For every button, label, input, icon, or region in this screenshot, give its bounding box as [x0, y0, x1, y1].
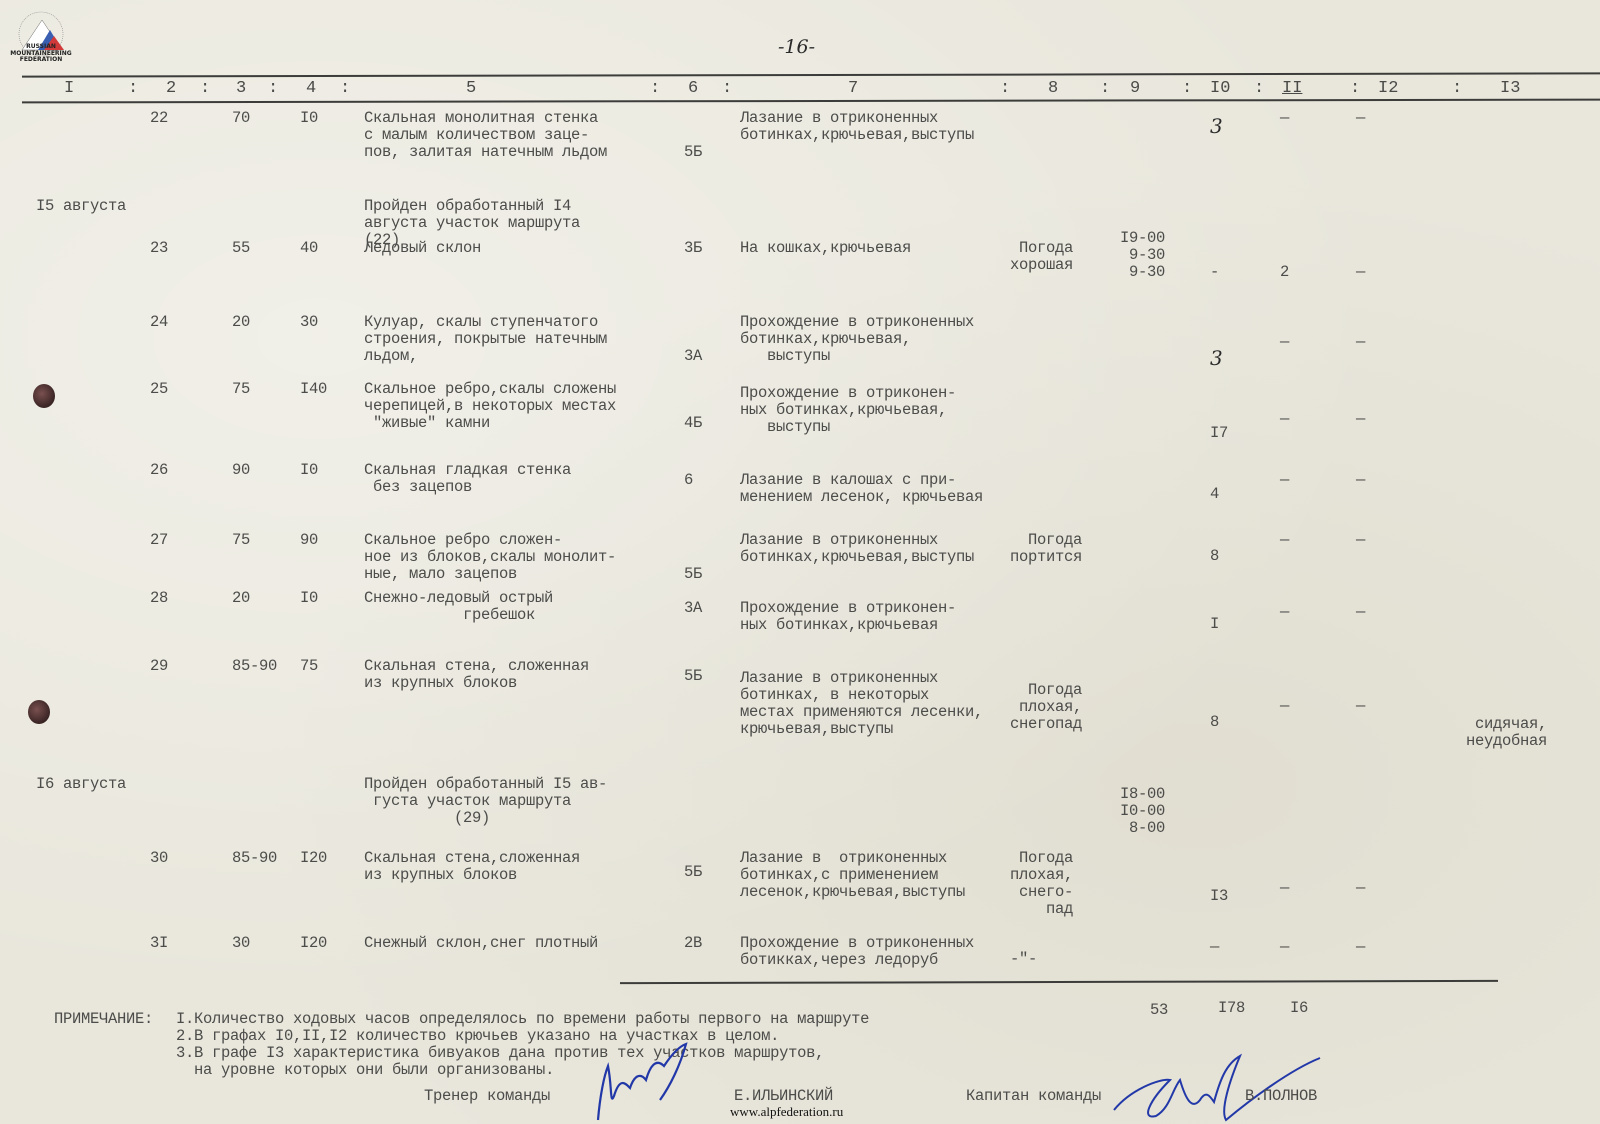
cell-col-11: —: [1280, 110, 1289, 127]
cell-col-12: —: [1356, 110, 1365, 127]
cell-col-11: —: [1280, 698, 1289, 715]
cell-col-4: I40: [300, 381, 327, 398]
cell-col-9: I9-00 9-30 9-30: [1120, 230, 1165, 281]
cell-col-6: 5Б: [684, 566, 702, 583]
cell-col-11: —: [1280, 532, 1289, 549]
cell-col-8: -"-: [1010, 951, 1037, 968]
cell-col-8: Погода хорошая: [1010, 240, 1073, 274]
note-4: на уровне которых они были организованы.: [176, 1062, 554, 1079]
col-header-2: 2: [166, 79, 176, 98]
cell-col-11: —: [1280, 472, 1289, 489]
cell-col-2: 29: [150, 658, 168, 675]
cell-col-10: -: [1210, 264, 1219, 281]
cell-col-10: I3: [1210, 888, 1228, 905]
cell-col-5: Кулуар, скалы ступенчатого строения, пок…: [364, 314, 607, 365]
cell-col-10: 8: [1210, 548, 1219, 565]
cell-col-3: 85-90: [232, 850, 277, 867]
col-header-11: II: [1282, 79, 1302, 98]
cell-col-3: 30: [232, 935, 250, 952]
date-cell: I6 августа: [36, 776, 126, 793]
notes-label: ПРИМЕЧАНИЕ:: [54, 1011, 153, 1028]
cell-col-3: 75: [232, 381, 250, 398]
cell-col-3: 20: [232, 590, 250, 607]
cell-col-5: Скальное ребро сложен- ное из блоков,ска…: [364, 532, 616, 583]
cell-col-13: сидячая, неудобная: [1466, 716, 1547, 750]
cell-col-11: —: [1280, 880, 1289, 897]
cell-col-11: —: [1280, 411, 1289, 428]
col-header-9: 9: [1130, 79, 1140, 98]
col-header-3: 3: [236, 79, 246, 98]
cell-col-12: —: [1356, 604, 1365, 621]
punch-hole-icon: [28, 700, 50, 724]
cell-col-3: 75: [232, 532, 250, 549]
cell-col-10: 3: [1210, 114, 1223, 138]
cell-col-7: Лазание в отриконенных ботинках,с примен…: [740, 850, 965, 901]
cell-col-6: 5Б: [684, 864, 702, 881]
cell-col-2: 30: [150, 850, 168, 867]
cell-col-3: 70: [232, 110, 250, 127]
col-header-7: 7: [848, 79, 858, 98]
cell-col-6: 3Б: [684, 240, 702, 257]
note-1: I.Количество ходовых часов определялось …: [176, 1011, 869, 1028]
coach-name: Е.ИЛЬИНСКИЙ: [734, 1088, 833, 1105]
cell-col-12: —: [1356, 532, 1365, 549]
cell-col-2: 26: [150, 462, 168, 479]
cell-col-2: 27: [150, 532, 168, 549]
cell-col-2: 28: [150, 590, 168, 607]
coach-label: Тренер команды: [424, 1088, 550, 1105]
cell-col-12: —: [1356, 939, 1365, 956]
cell-col-5: Скальная монолитная стенка с малым колич…: [364, 110, 607, 161]
cell-col-10: I7: [1210, 425, 1228, 442]
col-header-10: I0: [1210, 79, 1230, 98]
cell-col-7: Прохождение в отриконенных ботикках,чере…: [740, 935, 974, 969]
col-header-12: I2: [1378, 79, 1398, 98]
cell-col-7: На кошках,крючьевая: [740, 240, 911, 257]
cell-col-5: Пройден обработанный I5 ав- густа участо…: [364, 776, 607, 827]
cell-col-3: 55: [232, 240, 250, 257]
cell-col-7: Прохождение в отриконенных ботинках,крюч…: [740, 314, 974, 365]
cell-col-6: 6: [684, 472, 693, 489]
cell-col-7: Лазание в отриконенных ботинках,крючьева…: [740, 110, 974, 144]
cell-col-4: 90: [300, 532, 318, 549]
cell-col-5: Снежный склон,снег плотный: [364, 935, 598, 952]
footer-url[interactable]: www.alpfederation.ru: [730, 1104, 843, 1120]
cell-col-12: —: [1356, 411, 1365, 428]
cell-col-4: I20: [300, 935, 327, 952]
cell-col-3: 85-90: [232, 658, 277, 675]
cell-col-12: —: [1356, 880, 1365, 897]
punch-hole-icon: [33, 384, 55, 408]
cell-col-5: Ледовый склон: [364, 240, 481, 257]
cell-col-6: 5Б: [684, 144, 702, 161]
date-cell: I5 августа: [36, 198, 126, 215]
note-3: 3.В графе I3 характеристика бивуаков дан…: [176, 1045, 824, 1062]
cell-col-10: 8: [1210, 714, 1219, 731]
cell-col-5: Снежно-ледовый острый гребешок: [364, 590, 553, 624]
cell-col-7: Лазание в отриконенных ботинках,крючьева…: [740, 532, 974, 566]
col-header-4: 4: [306, 79, 316, 98]
cell-col-12: —: [1356, 698, 1365, 715]
cell-col-4: I0: [300, 110, 318, 127]
cell-col-10: 4: [1210, 486, 1219, 503]
cell-col-12: —: [1356, 472, 1365, 489]
header-top-rule: [22, 72, 1600, 77]
cell-col-2: 22: [150, 110, 168, 127]
cell-col-11: —: [1280, 939, 1289, 956]
page-number: -16-: [778, 36, 815, 58]
total-col-9: 53: [1150, 1002, 1168, 1019]
col-header-8: 8: [1048, 79, 1058, 98]
cell-col-4: 75: [300, 658, 318, 675]
cell-col-11: —: [1280, 334, 1289, 351]
cell-col-5: Скальная гладкая стенка без зацепов: [364, 462, 571, 496]
cell-col-7: Лазание в калошах с при- менением лесено…: [740, 472, 983, 506]
logo-text: RUSSIAN MOUNTAINEERING FEDERATION: [6, 44, 76, 64]
cell-col-2: 23: [150, 240, 168, 257]
total-col-11: I6: [1290, 1000, 1308, 1017]
cell-col-11: 2: [1280, 264, 1289, 281]
cell-col-11: —: [1280, 604, 1289, 621]
cell-col-8: Погода плохая, снего- пад: [1010, 850, 1073, 918]
header-bottom-rule: [22, 99, 1600, 104]
cell-col-7: Лазание в отриконенных ботинках, в некот…: [740, 670, 983, 738]
cell-col-5: Скальная стена,сложенная из крупных блок…: [364, 850, 580, 884]
cell-col-4: I0: [300, 590, 318, 607]
coach-signature-icon: [590, 1036, 720, 1124]
cell-col-10: —: [1210, 939, 1219, 956]
total-col-10: I78: [1218, 1000, 1245, 1017]
captain-label: Капитан команды: [966, 1088, 1101, 1105]
col-header-5: 5: [466, 79, 476, 98]
cell-col-6: 4Б: [684, 415, 702, 432]
cell-col-6: 3А: [684, 348, 702, 365]
cell-col-2: 3I: [150, 935, 168, 952]
col-header-13: I3: [1500, 79, 1520, 98]
cell-col-7: Прохождение в отриконен- ных ботинках,кр…: [740, 385, 956, 436]
cell-col-10: 3: [1210, 346, 1223, 370]
cell-col-4: 30: [300, 314, 318, 331]
cell-col-10: I: [1210, 616, 1219, 633]
cell-col-2: 25: [150, 381, 168, 398]
cell-col-6: 5Б: [684, 668, 702, 685]
cell-col-4: I20: [300, 850, 327, 867]
cell-col-3: 90: [232, 462, 250, 479]
cell-col-8: Погода портится: [1010, 532, 1082, 566]
cell-col-7: Прохождение в отриконен- ных ботинках,кр…: [740, 600, 956, 634]
cell-col-5: Скальная стена, сложенная из крупных бло…: [364, 658, 589, 692]
captain-name: В.ПОЛНОВ: [1245, 1088, 1317, 1105]
cell-col-4: I0: [300, 462, 318, 479]
cell-col-6: 3А: [684, 600, 702, 617]
col-header-6: 6: [688, 79, 698, 98]
cell-col-4: 40: [300, 240, 318, 257]
col-header-1: I: [64, 79, 74, 98]
cell-col-8: Погода плохая, снегопад: [1010, 682, 1082, 733]
cell-col-9: I8-00 I0-00 8-00: [1120, 786, 1165, 837]
cell-col-12: —: [1356, 334, 1365, 351]
cell-col-12: —: [1356, 264, 1365, 281]
totals-rule: [620, 980, 1498, 984]
cell-col-3: 20: [232, 314, 250, 331]
cell-col-6: 2В: [684, 935, 702, 952]
cell-col-2: 24: [150, 314, 168, 331]
cell-col-5: Скальное ребро,скалы сложены черепицей,в…: [364, 381, 616, 432]
